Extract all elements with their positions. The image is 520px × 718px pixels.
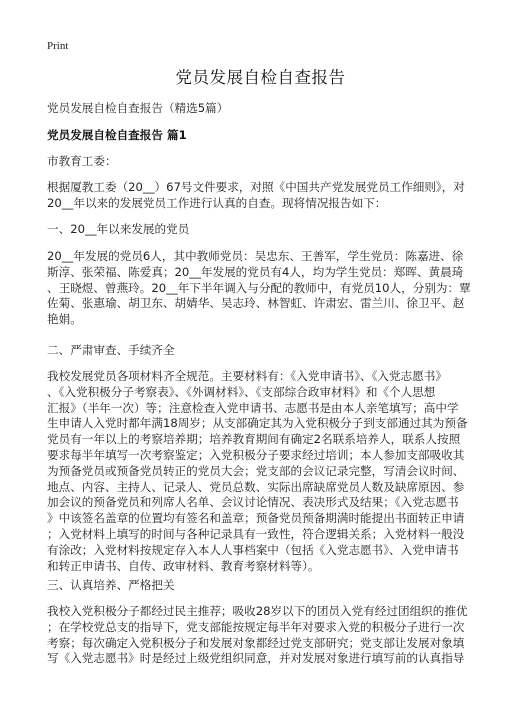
paragraph-line: 根据厦教工委（20__）67号文件要求，对照《中国共产党发展党员工作细则》，对 <box>47 180 474 196</box>
article-heading: 党员发展自检自查报告 篇1 <box>47 128 474 144</box>
intro-paragraph: 根据厦教工委（20__）67号文件要求，对照《中国共产党发展党员工作细则》，对 … <box>47 180 474 212</box>
paragraph-line: 20__年发展的党员6人，其中教师党员：吴忠东、王善军，学生党员：陈嘉进、徐 <box>47 249 474 265</box>
paragraph-line: 为预备党员或预备党员转正的党员大会；党支部的会议记录完整，写清会议时间、 <box>47 464 474 480</box>
section-3-paragraph: 我校入党积极分子都经过民主推荐；吸收28岁以下的团员入党有经过团组织的推优 ；在… <box>47 604 474 667</box>
paragraph-line: 有涂改；入党材料按规定存入本人人事档案中（包括《入党志愿书》、入党申请书 <box>47 543 474 559</box>
paragraph-line: 汇报》（半年一次）等；注意检查入党申请书、志愿书是由本人亲笔填写；高中学 <box>47 401 474 417</box>
paragraph-line: ；入党材料上填写的时间与各种记录具有一致性，符合逻辑关系；入党材料一般没 <box>47 527 474 543</box>
paragraph-line: 》中该签名盖章的位置均有签名和盖章；预备党员预备期满时能提出书面转正申请 <box>47 511 474 527</box>
paragraph-line: 、王晓煜、曾燕玲。20__年下半年调入与分配的教师中，有党员10人，分别为：覃 <box>47 281 474 297</box>
section-1-paragraph: 20__年发展的党员6人，其中教师党员：吴忠东、王善军，学生党员：陈嘉进、徐 斯… <box>47 249 474 328</box>
paragraph-line: 佐菊、张惠瑜、胡卫东、胡婧华、吴志玲、林智虹、许肃宏、雷兰川、徐卫平、赵 <box>47 296 474 312</box>
paragraph-line: 考察；每次确定入党积极分子和发展对象都经过党支部研究；党支部让发展对象填 <box>47 636 474 652</box>
paragraph-line: 我校发展党员各项材料齐全规范。主要材料有：《入党申请书》、《入党志愿书》 <box>47 369 474 385</box>
document-title: 党员发展自检自查报告 <box>47 66 474 90</box>
paragraph-line: 斯淳、张荣福、陈爱真；20__年发展的党员有4人，均为学生党员：郑晖、黄晨琦 <box>47 265 474 281</box>
section-2-paragraph: 我校发展党员各项材料齐全规范。主要材料有：《入党申请书》、《入党志愿书》 、《入… <box>47 369 474 574</box>
section-heading-1: 一、20__年以来发展的党员 <box>47 222 474 238</box>
section-heading-3: 三、认真培养、严格把关 <box>47 578 474 594</box>
paragraph-line: ；在学校党总支的指导下，党支部能按规定每半年对要求入党的积极分子进行一次 <box>47 620 474 636</box>
paragraph-line: 生申请人入党时都年满18周岁；从支部确定其为入党积极分子到支部通过其为预备 <box>47 416 474 432</box>
paragraph-line: 党员有一年以上的考察培养期；培养教育期间有确定2名联系培养人，联系人按照 <box>47 432 474 448</box>
paragraph-line: 要求每半年填写一次考察鉴定；入党积极分子要求经过培训；本人参加支部吸收其 <box>47 448 474 464</box>
print-label[interactable]: Print <box>47 40 68 52</box>
paragraph-line: 和转正申请书、自传、政审材料、教育考察材料等）。 <box>47 559 474 575</box>
paragraph-line: 艳娟。 <box>47 312 474 328</box>
section-heading-2: 二、严肃审查、手续齐全 <box>47 343 474 359</box>
paragraph-line: 加会议的预备党员和列席人名单、会议讨论情况、表决形式及结果；《入党志愿书 <box>47 495 474 511</box>
paragraph-line: 、《入党积极分子考察表》、《外调材料》、《支部综合政审材料》和《个人思想 <box>47 385 474 401</box>
document-subtitle: 党员发展自检自查报告（精选5篇） <box>47 101 474 117</box>
paragraph-line: 我校入党积极分子都经过民主推荐；吸收28岁以下的团员入党有经过团组织的推优 <box>47 604 474 620</box>
paragraph-line: 写《入党志愿书》时是经过上级党组织同意，并对发展对象进行填写前的认真指导 <box>47 651 474 667</box>
paragraph-line: 20__年以来的发展党员工作进行认真的自查。现将情况报告如下： <box>47 196 474 212</box>
paragraph-line: 地点、内容、主持人、记录人、党员总数、实际出席缺席党员人数及缺席原因、参 <box>47 480 474 496</box>
salutation: 市教育工委： <box>47 154 474 170</box>
